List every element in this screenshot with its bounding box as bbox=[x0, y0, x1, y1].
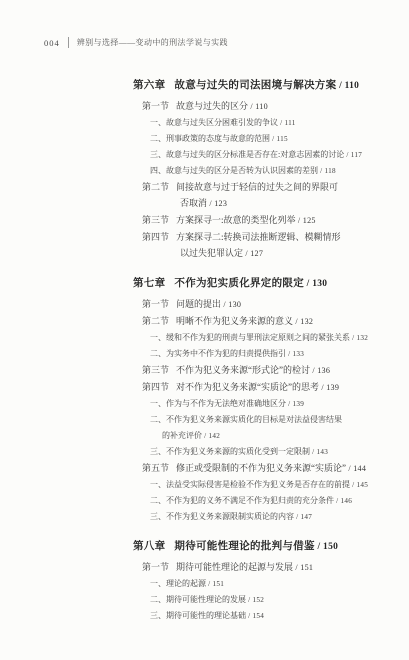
toc-entry: 否取消 / 123 bbox=[180, 195, 409, 212]
page-ref: / 150 bbox=[315, 542, 338, 552]
toc-entry-text: 故意与过失的区分是否转为认识因素的差别 bbox=[166, 166, 318, 175]
toc-chapter-label: 第六章 bbox=[133, 80, 165, 91]
toc-entry: 第二节间接故意与过于轻信的过失之间的界限可 bbox=[142, 179, 409, 195]
toc-entry-text: 法益受实际侵害是检验不作为犯义务是否存在的前提 bbox=[166, 480, 350, 489]
toc-entry-label: 三、 bbox=[150, 447, 166, 456]
toc-entry-label: 第四节 bbox=[142, 382, 169, 392]
toc-entry: 二、不作为犯的义务不满足不作为犯归责的充分条件 / 146 bbox=[150, 493, 409, 509]
toc-entry-label: 一、 bbox=[150, 579, 166, 588]
toc-entry: 第一节故意与过失的区分 / 110 bbox=[142, 98, 409, 115]
toc-entry: 第三节不作为犯义务来源“形式论”的检讨 / 136 bbox=[142, 362, 409, 379]
toc-entry-label: 三、 bbox=[150, 150, 166, 159]
toc-entry: 一、缓和不作为犯的刑责与罪刑法定原则之间的紧张关系 / 132 bbox=[150, 330, 409, 346]
toc-entry: 二、刑事政策的态度与故意的范围 / 115 bbox=[150, 131, 409, 147]
toc-entry-label: 第四节 bbox=[142, 232, 169, 242]
toc-entry: 第三节方案探寻一:故意的类型化列举 / 125 bbox=[142, 212, 409, 229]
toc-entry: 第四节对不作为犯义务来源“实质论”的思考 / 139 bbox=[142, 379, 409, 396]
toc-entry-text: 故意与过失的区分 bbox=[176, 101, 248, 111]
toc-entry-label: 一、 bbox=[150, 118, 166, 127]
toc-entry-text: 缓和不作为犯的刑责与罪刑法定原则之间的紧张关系 bbox=[166, 333, 350, 342]
page-ref: / 147 bbox=[294, 513, 312, 521]
toc-entry-label: 第三节 bbox=[142, 215, 169, 225]
toc-entry-text: 对不作为犯义务来源“实质论”的思考 bbox=[176, 382, 319, 392]
toc-entry: 一、法益受实际侵害是检验不作为犯义务是否存在的前提 / 145 bbox=[150, 477, 409, 493]
toc-entry: 一、故意与过失区分困难引发的争议 / 111 bbox=[150, 115, 409, 131]
toc-entry-label: 第一节 bbox=[142, 562, 169, 572]
toc-entry: 一、作为与不作为无法绝对准确地区分 / 139 bbox=[150, 396, 409, 412]
page-ref: / 146 bbox=[334, 497, 352, 505]
toc: 第六章故意与过失的司法困境与解决方案 / 110第一节故意与过失的区分 / 11… bbox=[0, 0, 409, 624]
toc-entry-text: 方案探寻二:转换司法推断逻辑、模糊情形 bbox=[176, 232, 341, 242]
toc-entry-text: 不作为犯义务来源限制实质论的内容 bbox=[166, 512, 294, 521]
page-ref: / 132 bbox=[350, 334, 368, 342]
toc-entry: 四、故意与过失的区分是否转为认识因素的差别 / 118 bbox=[150, 163, 409, 179]
page-ref: / 110 bbox=[248, 102, 268, 111]
page-ref: / 115 bbox=[270, 135, 288, 143]
toc-entry-label: 一、 bbox=[150, 480, 166, 489]
toc-entry-label: 第二节 bbox=[142, 182, 169, 192]
toc-chapter: 第七章不作为犯实质化界定的限定 / 130第一节问题的提出 / 130第二节明晰… bbox=[0, 274, 409, 525]
toc-entry-text: 故意与过失的区分标准是否存在:对意志因素的讨论 bbox=[166, 150, 344, 159]
toc-entry-text: 作为与不作为无法绝对准确地区分 bbox=[166, 399, 286, 408]
page-ref: / 111 bbox=[278, 119, 296, 127]
toc-entry: 三、不作为犯义务来源的实质化受到一定限制 / 143 bbox=[150, 444, 409, 460]
page-ref: / 154 bbox=[246, 612, 264, 620]
toc-entry-text: 不作为犯的义务不满足不作为犯归责的充分条件 bbox=[166, 496, 334, 505]
page-ref: / 151 bbox=[293, 563, 313, 572]
page-ref: / 133 bbox=[286, 350, 304, 358]
toc-entry-text: 不作为犯义务来源的实质化受到一定限制 bbox=[166, 447, 310, 456]
toc-entry-text: 否取消 bbox=[180, 198, 207, 208]
toc-entry: 第二节明晰不作为犯义务来源的意义 / 132 bbox=[142, 313, 409, 330]
toc-entry-text: 不作为犯义务来源实质化的目标是对法益侵害结果 bbox=[166, 415, 342, 424]
toc-entry: 三、期待可能性的理论基础 / 154 bbox=[150, 608, 409, 624]
toc-entry-label: 第五节 bbox=[142, 463, 169, 473]
page-ref: / 143 bbox=[310, 448, 328, 456]
page-ref: / 144 bbox=[346, 464, 366, 473]
toc-entry-text: 期待可能性的理论基础 bbox=[166, 611, 246, 620]
toc-chapter-title: 第八章期待可能性理论的批判与借鉴 / 150 bbox=[133, 537, 409, 557]
toc-chapter-title: 第六章故意与过失的司法困境与解决方案 / 110 bbox=[133, 76, 409, 96]
page-ref: / 127 bbox=[243, 249, 263, 258]
toc-entry: 的补充评价 / 142 bbox=[162, 428, 409, 444]
toc-entry-label: 一、 bbox=[150, 399, 166, 408]
toc-entry-text: 理论的起源 bbox=[166, 579, 206, 588]
toc-entry-label: 第二节 bbox=[142, 316, 169, 326]
toc-entry-text: 刑事政策的态度与故意的范围 bbox=[166, 134, 270, 143]
page-ref: / 117 bbox=[344, 151, 362, 159]
toc-entry: 以过失犯罪认定 / 127 bbox=[180, 245, 409, 262]
toc-entry-text: 以过失犯罪认定 bbox=[180, 248, 243, 258]
toc-entry-label: 二、 bbox=[150, 595, 166, 604]
toc-entry-label: 第一节 bbox=[142, 101, 169, 111]
toc-entry-label: 二、 bbox=[150, 415, 166, 424]
toc-entry-label: 第三节 bbox=[142, 365, 169, 375]
book-page: 004 辨别与选择——变动中的刑法学说与实践 第六章故意与过失的司法困境与解决方… bbox=[0, 0, 409, 660]
toc-entry-text: 的补充评价 bbox=[162, 431, 202, 440]
page-ref: / 130 bbox=[221, 300, 241, 309]
toc-entry-label: 三、 bbox=[150, 611, 166, 620]
toc-entry-text: 故意与过失区分困难引发的争议 bbox=[166, 118, 278, 127]
toc-entry-text: 问题的提出 bbox=[176, 299, 221, 309]
toc-chapter: 第八章期待可能性理论的批判与借鉴 / 150第一节期待可能性理论的起源与发展 /… bbox=[0, 537, 409, 624]
toc-entry-label: 二、 bbox=[150, 496, 166, 505]
page-ref: / 136 bbox=[310, 366, 330, 375]
page-ref: / 130 bbox=[304, 279, 327, 289]
toc-entry: 三、不作为犯义务来源限制实质论的内容 / 147 bbox=[150, 509, 409, 525]
toc-chapter-title: 第七章不作为犯实质化界定的限定 / 130 bbox=[133, 274, 409, 294]
toc-entry: 第一节期待可能性理论的起源与发展 / 151 bbox=[142, 559, 409, 576]
page-ref: / 139 bbox=[319, 383, 339, 392]
toc-chapter-label: 第八章 bbox=[133, 541, 165, 552]
page-ref: / 125 bbox=[296, 216, 316, 225]
toc-entry: 第四节方案探寻二:转换司法推断逻辑、模糊情形 bbox=[142, 229, 409, 245]
page-ref: / 142 bbox=[202, 432, 220, 440]
toc-entry-text: 不作为犯义务来源“形式论”的检讨 bbox=[176, 365, 310, 375]
page-ref: / 110 bbox=[336, 81, 359, 91]
toc-entry-label: 第一节 bbox=[142, 299, 169, 309]
toc-chapter-text: 期待可能性理论的批判与借鉴 bbox=[174, 541, 314, 552]
page-ref: / 151 bbox=[206, 580, 224, 588]
page-ref: / 139 bbox=[286, 400, 304, 408]
toc-entry: 一、理论的起源 / 151 bbox=[150, 576, 409, 592]
toc-entry-label: 四、 bbox=[150, 166, 166, 175]
toc-entry: 二、不作为犯义务来源实质化的目标是对法益侵害结果 bbox=[150, 412, 409, 428]
toc-chapter-text: 不作为犯实质化界定的限定 bbox=[174, 278, 304, 289]
toc-entry-label: 二、 bbox=[150, 134, 166, 143]
toc-entry: 三、故意与过失的区分标准是否存在:对意志因素的讨论 / 117 bbox=[150, 147, 409, 163]
toc-entry-text: 方案探寻一:故意的类型化列举 bbox=[176, 215, 296, 225]
toc-entry-text: 间接故意与过于轻信的过失之间的界限可 bbox=[176, 182, 338, 192]
page-ref: / 123 bbox=[207, 199, 227, 208]
toc-chapter-label: 第七章 bbox=[133, 278, 165, 289]
toc-entry-label: 一、 bbox=[150, 333, 166, 342]
toc-entry-text: 明晰不作为犯义务来源的意义 bbox=[176, 316, 293, 326]
toc-entry-text: 期待可能性理论的起源与发展 bbox=[176, 562, 293, 572]
toc-chapter-text: 故意与过失的司法困境与解决方案 bbox=[174, 80, 336, 91]
toc-entry: 第五节修正或受限制的不作为犯义务来源“实质论” / 144 bbox=[142, 460, 409, 477]
toc-entry-text: 为实务中不作为犯的归责提供指引 bbox=[166, 349, 286, 358]
toc-entry-label: 二、 bbox=[150, 349, 166, 358]
page-ref: / 152 bbox=[246, 596, 264, 604]
toc-entry-label: 三、 bbox=[150, 512, 166, 521]
page-ref: / 145 bbox=[350, 481, 368, 489]
toc-entry-text: 修正或受限制的不作为犯义务来源“实质论” bbox=[176, 463, 346, 473]
toc-entry: 二、期待可能性理论的发展 / 152 bbox=[150, 592, 409, 608]
page-ref: / 118 bbox=[318, 167, 336, 175]
toc-entry: 二、为实务中不作为犯的归责提供指引 / 133 bbox=[150, 346, 409, 362]
toc-chapter: 第六章故意与过失的司法困境与解决方案 / 110第一节故意与过失的区分 / 11… bbox=[0, 76, 409, 262]
page-ref: / 132 bbox=[293, 317, 313, 326]
toc-entry: 第一节问题的提出 / 130 bbox=[142, 296, 409, 313]
toc-entry-text: 期待可能性理论的发展 bbox=[166, 595, 246, 604]
